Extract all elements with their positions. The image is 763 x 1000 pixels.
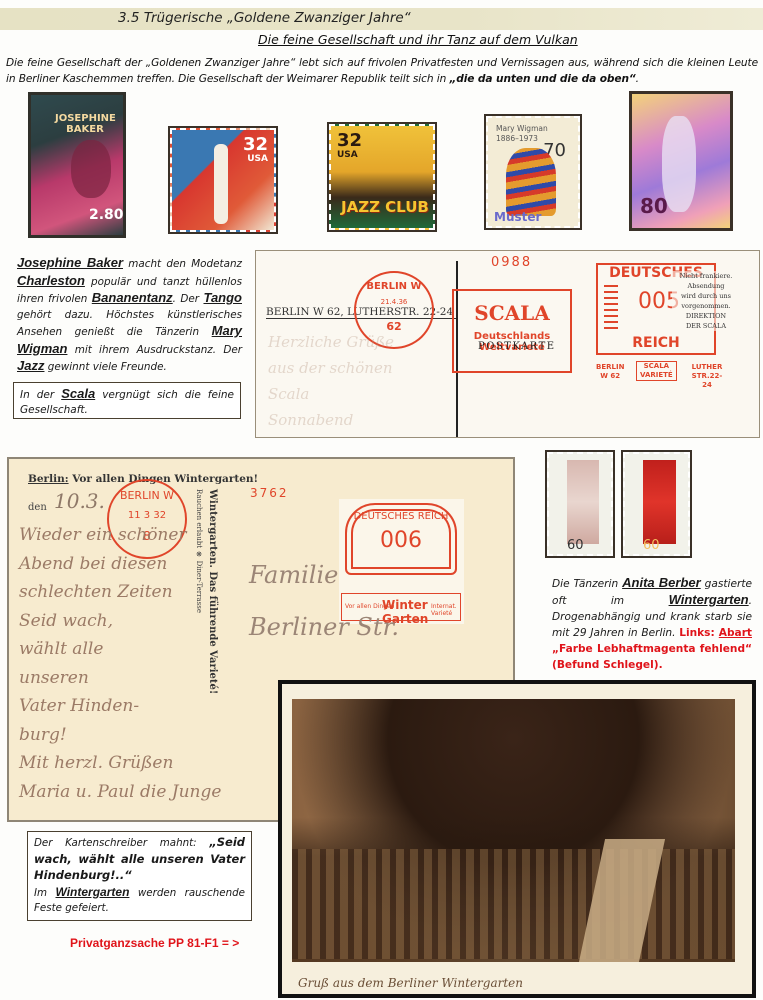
stamp-value: 32	[243, 134, 268, 155]
stamp-jazz-club: 32 USA JAZZ CLUB	[329, 124, 435, 230]
baker-text: Josephine Baker macht den Modetanz Charl…	[17, 255, 242, 376]
scala-postcard: 0988 BERLIN W 62, LUTHERSTR. 22-24 BERLI…	[255, 250, 760, 438]
section-header: 3.5 Trügerische „Goldene Zwanziger Jahre…	[0, 8, 763, 30]
chairs-pattern	[292, 849, 735, 959]
dancer-shape	[214, 144, 228, 224]
stamp-title: JAZZ CLUB	[341, 198, 429, 216]
intro-paragraph: Die feine Gesellschaft der „Goldenen Zwa…	[6, 55, 758, 87]
photo-interior	[292, 699, 735, 962]
stamp-country: USA	[247, 154, 268, 164]
meter-note: Nicht frankiere.Absendungwird durch unsv…	[672, 271, 740, 331]
stamp-charleston: 32 USA	[170, 128, 276, 232]
card-number: 0988	[491, 255, 532, 270]
stamp-anita-berber: 60	[623, 452, 690, 556]
card-number: 3762	[250, 486, 289, 500]
writer-note-box: Der Kartenschreiber mahnt: „Seid wach, w…	[27, 831, 252, 921]
meter-ornament	[604, 285, 618, 333]
dancer-shape	[506, 148, 556, 216]
stamp-country: USA	[337, 150, 358, 160]
date-handwritten: 10.3.	[54, 489, 105, 513]
stamp-mary-wigman: Mary Wigman1886–1973 70 Muster	[486, 116, 580, 228]
date-label: den	[28, 502, 47, 513]
wintergarten-photo-postcard: Gruß aus dem Berliner Wintergarten	[278, 680, 756, 998]
stamp-value: 32	[337, 130, 362, 151]
photo-caption: Gruß aus dem Berliner Wintergarten	[298, 976, 523, 990]
portrait-shape	[71, 140, 111, 198]
portrait-shape	[567, 460, 599, 544]
berber-text: Die Tänzerin Anita Berber gastierte oft …	[552, 575, 752, 673]
stamp-josephine-baker: JOSEPHINEBAKER 2.80	[31, 95, 123, 235]
scala-note-box: In der Scala vergnügt sich die feine Ges…	[13, 382, 241, 419]
portrait-shape	[643, 460, 676, 544]
stamp-value: 2.80	[89, 207, 124, 223]
stamp-tango: 80	[632, 94, 730, 228]
faded-handwriting: Herzliche Grüßeaus der schönenScalaSonna…	[268, 329, 394, 433]
handwritten-message: Wieder ein schöner Abend bei diesen schl…	[19, 521, 221, 806]
section-title: 3.5 Trügerische „Goldene Zwanziger Jahre…	[118, 10, 411, 26]
stamp-overprint: Muster	[494, 210, 541, 224]
scala-advert-box: SCALA Deutschlands Weltvarieté	[452, 289, 572, 373]
privatganzsache-link[interactable]: Privatganzsache PP 81-F1 = >	[70, 936, 239, 950]
handwritten-address: Familie Berliner Str.	[249, 549, 399, 653]
page-subtitle: Die feine Gesellschaft und ihr Tanz auf …	[258, 32, 578, 47]
postkarte-label: POSTKARTE	[478, 341, 556, 352]
intro-emphasis: „die da unten und die da oben“	[449, 73, 635, 85]
stamp-value: 80	[640, 194, 668, 218]
stamp-title: Mary Wigman1886–1973	[496, 124, 548, 144]
stamp-anita-berber-abart: 60	[547, 452, 613, 556]
stamp-title: JOSEPHINEBAKER	[55, 113, 115, 135]
